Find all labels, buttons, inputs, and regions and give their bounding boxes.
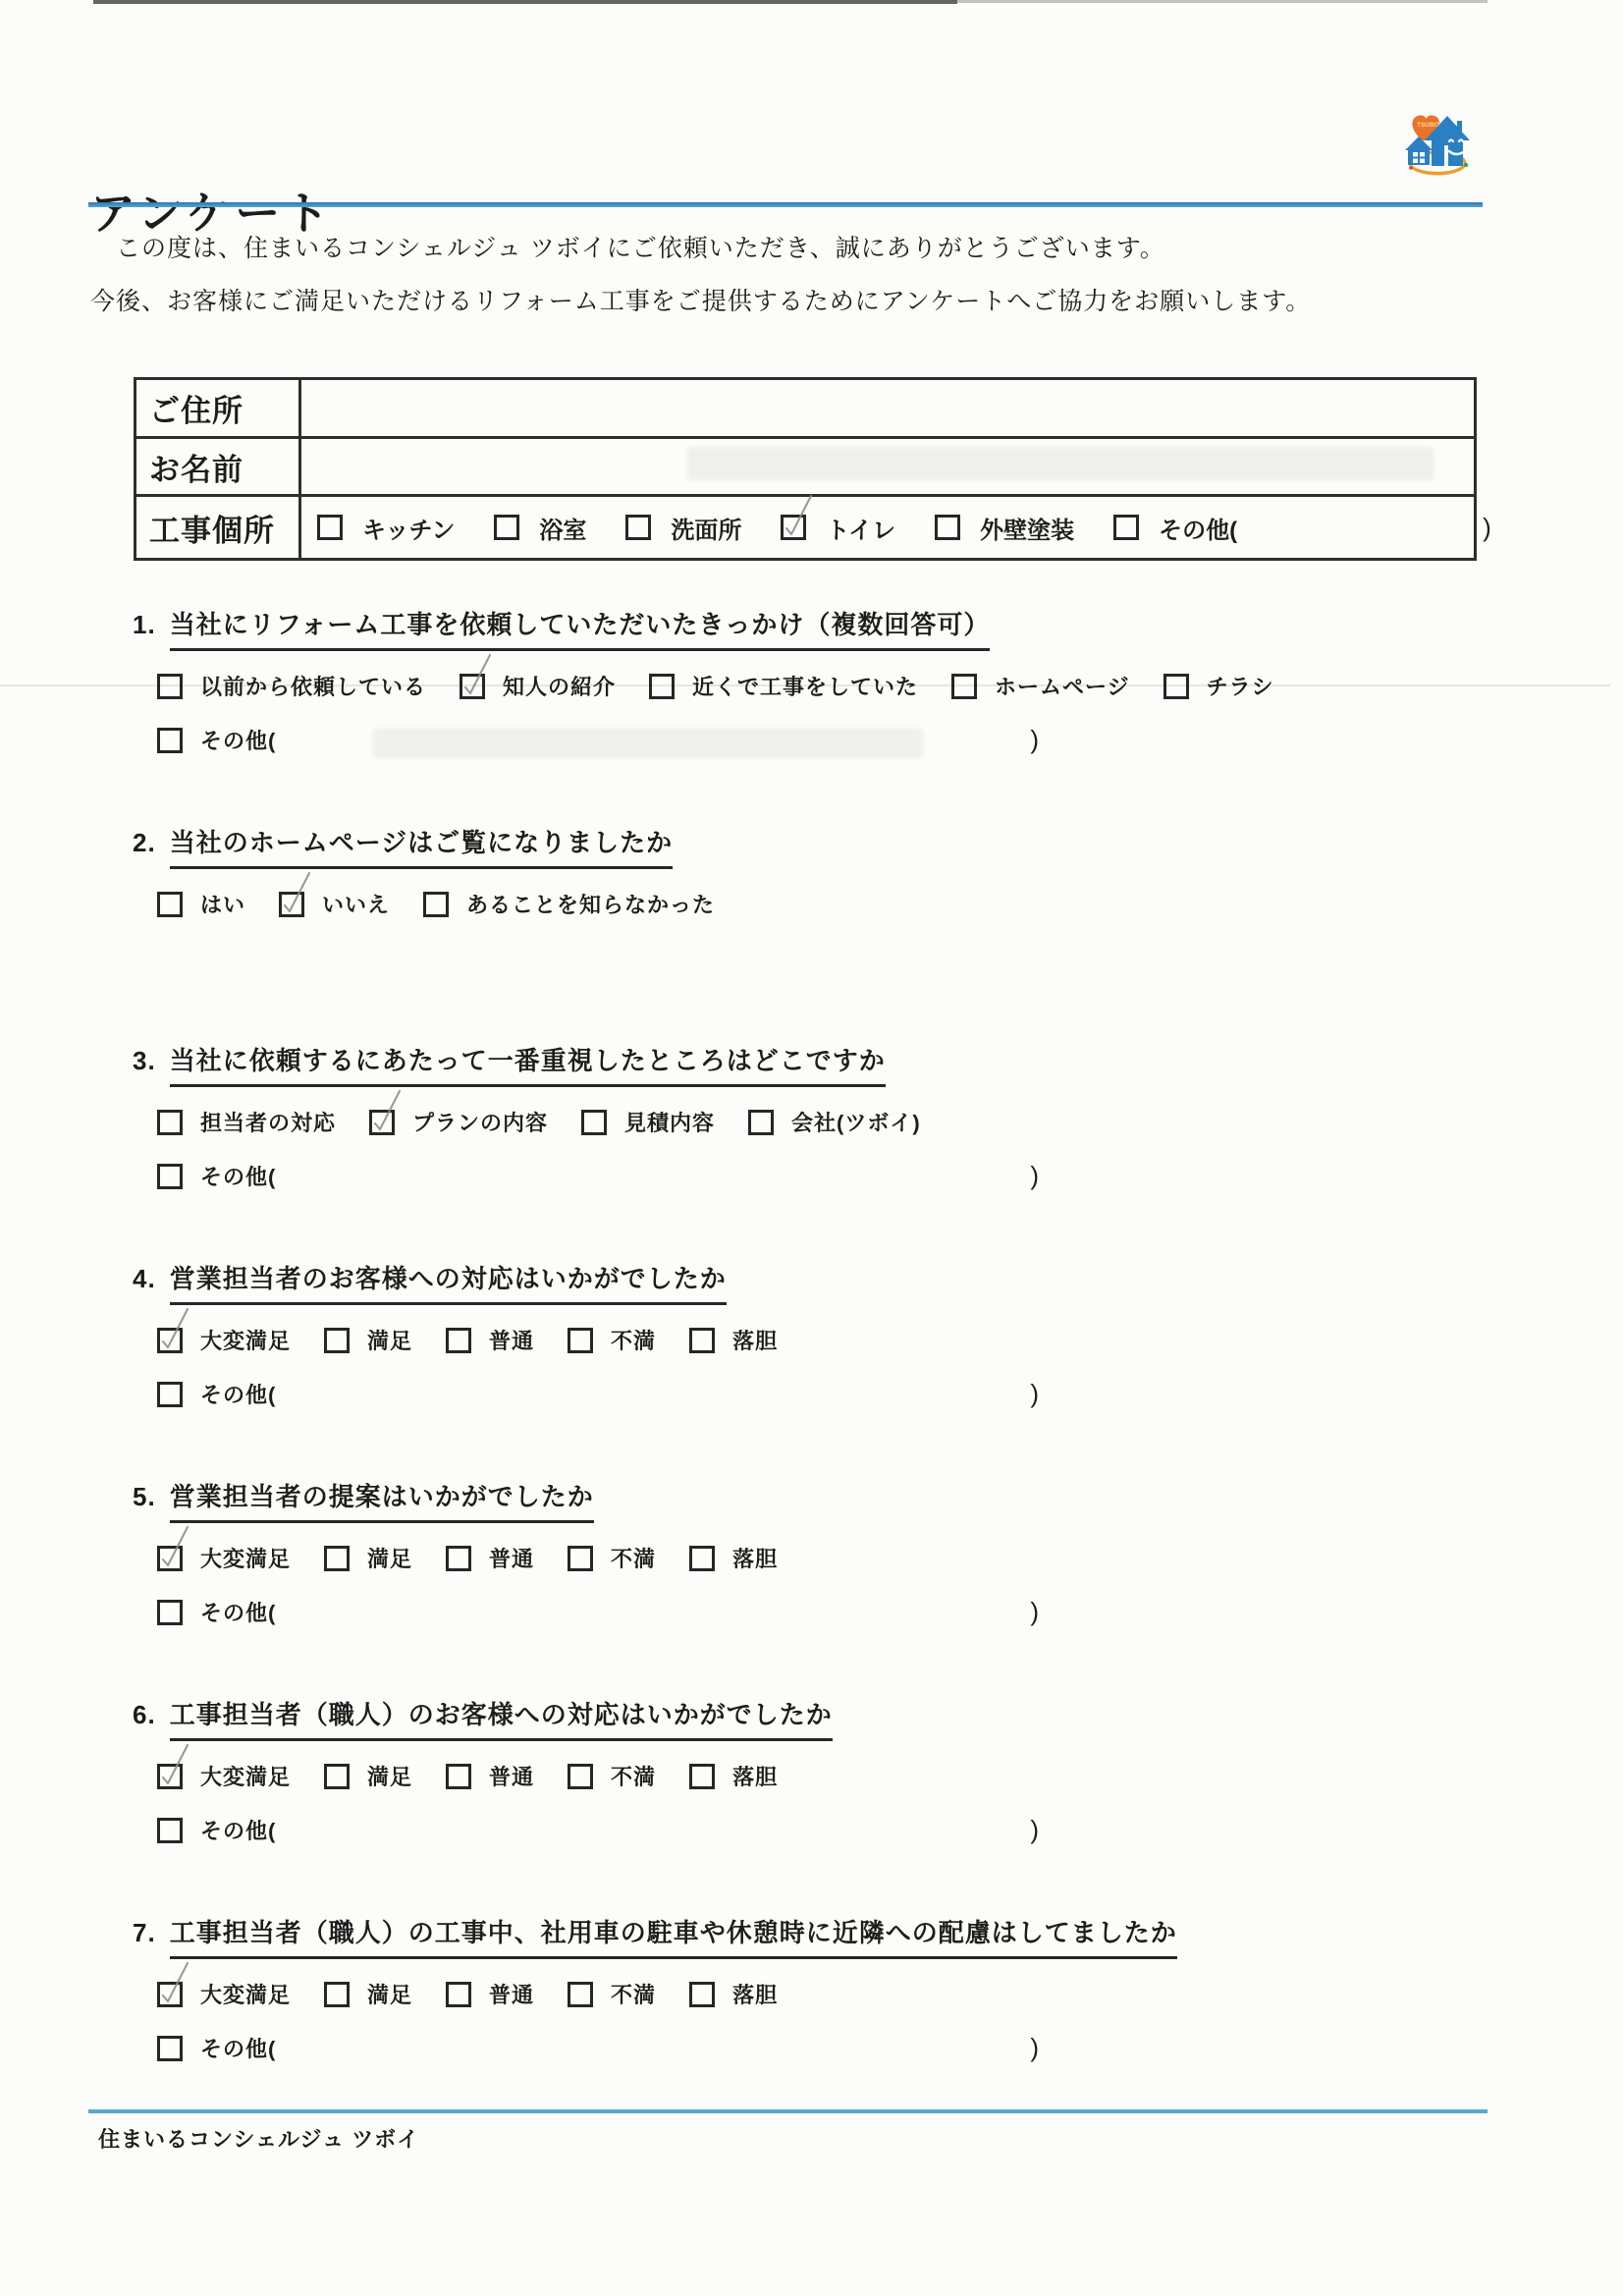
checkbox-label: いいえ [322,889,390,919]
question-number: 2. [133,828,156,858]
checkbox-option[interactable]: 会社(ツボイ) [748,1107,921,1137]
checkbox-unchecked[interactable] [423,892,449,917]
question-options: 担当者の対応プランの内容見積内容会社(ツボイ) [157,1107,1623,1137]
checkbox-unchecked[interactable] [157,728,183,753]
checkbox-label: 普通 [489,1543,534,1573]
checkbox-option[interactable]: その他( [1113,511,1237,545]
question-title-row: 2. 当社のホームページはご覧になりましたか [133,823,1623,869]
checkbox-unchecked[interactable] [935,515,960,540]
question-title: 当社にリフォーム工事を依頼していただいたきっかけ（複数回答可） [170,605,991,651]
checkbox-label: 不満 [611,1543,656,1573]
checkbox-option[interactable]: 大変満足 [157,1543,291,1573]
paren-close: ) [1030,725,1040,755]
checkbox-label: 満足 [367,1979,412,2009]
checkbox-unchecked[interactable] [446,1764,471,1789]
checkbox-unchecked[interactable] [157,1164,183,1189]
name-label: お名前 [136,439,301,494]
checkbox-option[interactable]: 普通 [446,1979,534,2009]
intro-line-1: この度は、住まいるコンシェルジュ ツボイにご依頼いただき、誠にありがとうございま… [116,229,1165,264]
question-title-row: 1. 当社にリフォーム工事を依頼していただいたきっかけ（複数回答可） [133,605,1623,651]
checkbox-option[interactable]: はい [157,889,245,919]
work-location-label: 工事個所 [136,497,301,558]
scan-artifact [957,0,1488,3]
checkbox-option[interactable]: 落胆 [689,1979,778,2009]
checkbox-option[interactable]: 満足 [324,1979,412,2009]
question-title: 営業担当者のお客様への対応はいかがでしたか [170,1259,727,1305]
question-title: 工事担当者（職人）の工事中、社用車の駐車や休憩時に近隣への配慮はしてましたか [170,1913,1177,1959]
address-field[interactable] [301,380,1474,436]
checkbox-unchecked[interactable] [317,515,343,540]
checkbox-unchecked[interactable] [157,1110,183,1135]
checkbox-checked[interactable] [157,1764,183,1789]
question-title-row: 4. 営業担当者のお客様への対応はいかがでしたか [133,1259,1623,1305]
question-title: 営業担当者の提案はいかがでしたか [170,1477,594,1523]
checkbox-label: 不満 [611,1761,656,1791]
checkbox-checked[interactable] [279,892,304,917]
checkbox-unchecked[interactable] [568,1546,593,1571]
question-title-row: 7. 工事担当者（職人）の工事中、社用車の駐車や休憩時に近隣への配慮はしてました… [133,1913,1623,1959]
checkbox-unchecked[interactable] [748,1110,774,1135]
question-block: 6. 工事担当者（職人）のお客様への対応はいかがでしたか 大変満足満足普通不満落… [0,1695,1623,1913]
checkbox-label: あることを知らなかった [466,889,715,919]
question-block: 1. 当社にリフォーム工事を依頼していただいたきっかけ（複数回答可） 以前から依… [0,605,1623,823]
checkbox-label: その他( [200,1597,276,1627]
checkbox-option[interactable]: 満足 [324,1543,412,1573]
footer-rule [88,2109,1488,2113]
checkbox-label: トイレ [826,511,895,545]
question-other-row: その他() [157,1379,1623,1409]
checkbox-label: 大変満足 [200,1543,291,1573]
checkbox-label: 落胆 [732,1325,778,1355]
checkbox-label: 不満 [611,1979,656,2009]
work-location-options: キッチン浴室洗面所トイレ外壁塗装その他() [301,497,1491,558]
checkbox-unchecked[interactable] [446,1328,471,1353]
checkbox-option[interactable]: 落胆 [689,1325,778,1355]
question-options: 大変満足満足普通不満落胆 [157,1979,1623,2009]
checkbox-option[interactable]: 普通 [446,1761,534,1791]
checkbox-unchecked[interactable] [581,1110,607,1135]
survey-page: アンケート TSUBOI この度は、住まいるコンシェルジュ ツボイにご依頼いただ… [0,0,1623,2296]
checkbox-label: 不満 [611,1325,656,1355]
checkbox-label: 満足 [367,1325,412,1355]
company-logo: TSUBOI [1400,106,1475,185]
pencil-check-icon [156,1522,193,1571]
checkbox-unchecked[interactable] [157,1600,183,1625]
checkbox-label: 大変満足 [200,1761,291,1791]
checkbox-label: その他( [200,1379,276,1409]
pencil-check-icon [278,868,315,917]
scan-artifact [373,729,923,758]
checkbox-label: 大変満足 [200,1325,291,1355]
checkbox-label: その他( [200,2033,276,2063]
checkbox-label: 落胆 [732,1979,778,2009]
checkbox-option[interactable]: 不満 [568,1543,656,1573]
scan-artifact [687,447,1434,480]
paren-close: ) [1030,1161,1040,1191]
checkbox-option[interactable]: 大変満足 [157,1325,291,1355]
checkbox-unchecked[interactable] [494,515,519,540]
checkbox-unchecked[interactable] [324,1546,350,1571]
checkbox-label: キッチン [362,511,455,545]
checkbox-option[interactable]: その他( [157,1161,276,1191]
question-number: 7. [133,1918,156,1948]
checkbox-label: プランの内容 [412,1107,548,1137]
checkbox-label: 落胆 [732,1543,778,1573]
checkbox-label: 大変満足 [200,1979,291,2009]
checkbox-option[interactable]: トイレ [781,511,895,545]
question-block: 5. 営業担当者の提案はいかがでしたか 大変満足満足普通不満落胆 その他() [0,1477,1623,1695]
checkbox-unchecked[interactable] [157,892,183,917]
question-block: 4. 営業担当者のお客様への対応はいかがでしたか 大変満足満足普通不満落胆 その… [0,1259,1623,1477]
checkbox-option[interactable]: 担当者の対応 [157,1107,336,1137]
checkbox-option[interactable]: 満足 [324,1761,412,1791]
checkbox-unchecked[interactable] [446,1546,471,1571]
scan-artifact [93,0,957,4]
checkbox-label: 普通 [489,1979,534,2009]
checkbox-option[interactable]: 不満 [568,1979,656,2009]
table-row-work-location: 工事個所 キッチン浴室洗面所トイレ外壁塗装その他() [136,494,1474,558]
checkbox-option[interactable]: プランの内容 [369,1107,548,1137]
checkbox-option[interactable]: 普通 [446,1543,534,1573]
checkbox-option[interactable]: いいえ [279,889,390,919]
checkbox-unchecked[interactable] [689,1546,715,1571]
checkbox-unchecked[interactable] [157,1382,183,1407]
question-block: 3. 当社に依頼するにあたって一番重視したところはどこですか 担当者の対応プラン… [0,1041,1623,1259]
checkbox-unchecked[interactable] [568,1982,593,2007]
pencil-check-icon [156,1740,193,1789]
footer-company-name: 住まいるコンシェルジュ ツボイ [98,2123,419,2154]
checkbox-label: その他( [200,725,276,755]
checkbox-option[interactable]: 洗面所 [625,511,741,545]
checkbox-label: 普通 [489,1761,534,1791]
checkbox-unchecked[interactable] [324,1328,350,1353]
checkbox-option[interactable]: その他( [157,2033,276,2063]
checkbox-option[interactable]: 落胆 [689,1543,778,1573]
question-options: 大変満足満足普通不満落胆 [157,1325,1623,1355]
question-number: 1. [133,610,156,640]
checkbox-label: 普通 [489,1325,534,1355]
question-block: 7. 工事担当者（職人）の工事中、社用車の駐車や休憩時に近隣への配慮はしてました… [0,1913,1623,2131]
intro-line-2: 今後、お客様にご満足いただけるリフォーム工事をご提供するためにアンケートへご協力… [90,282,1311,317]
checkbox-checked[interactable] [781,515,806,540]
question-options: 大変満足満足普通不満落胆 [157,1761,1623,1791]
checkbox-label: 会社(ツボイ) [791,1107,921,1137]
paren-close: ) [1030,1597,1040,1627]
checkbox-option[interactable]: 大変満足 [157,1761,291,1791]
checkbox-option[interactable]: 不満 [568,1761,656,1791]
checkbox-option[interactable]: その他( [157,725,276,755]
checkbox-unchecked[interactable] [1113,515,1139,540]
checkbox-option[interactable]: あることを知らなかった [423,889,715,919]
question-block: 2. 当社のホームページはご覧になりましたか はいいいえあることを知らなかった [0,823,1623,1041]
question-number: 6. [133,1700,156,1730]
question-title: 工事担当者（職人）のお客様への対応はいかがでしたか [170,1695,833,1741]
logo-small-house [1405,137,1433,165]
question-number: 4. [133,1264,156,1294]
pencil-check-icon [156,1304,193,1353]
checkbox-label: 担当者の対応 [200,1107,336,1137]
checkbox-label: 満足 [367,1543,412,1573]
checkbox-option[interactable]: 不満 [568,1325,656,1355]
checkbox-option[interactable]: 普通 [446,1325,534,1355]
checkbox-unchecked[interactable] [625,515,651,540]
checkbox-unchecked[interactable] [324,1982,350,2007]
table-row-address: ご住所 [136,380,1474,436]
scan-artifact [0,684,1610,686]
question-title: 当社に依頼するにあたって一番重視したところはどこですか [170,1041,886,1087]
pencil-check-icon [368,1086,406,1135]
question-title: 当社のホームページはご覧になりましたか [170,823,673,869]
question-number: 3. [133,1046,156,1076]
checkbox-label: その他( [200,1161,276,1191]
checkbox-option[interactable]: 浴室 [494,511,586,545]
question-other-row: その他() [157,1161,1623,1191]
checkbox-option[interactable]: 見積内容 [581,1107,715,1137]
checkbox-label: 満足 [367,1761,412,1791]
question-options: はいいいえあることを知らなかった [157,889,1623,919]
pencil-check-icon [156,1958,193,2007]
pencil-check-icon [780,491,817,540]
paren-close: ) [1030,1379,1040,1409]
checkbox-unchecked[interactable] [689,1764,715,1789]
paren-close: ) [1030,2033,1040,2063]
checkbox-unchecked[interactable] [689,1328,715,1353]
checkbox-label: 外壁塗装 [980,511,1074,545]
question-number: 5. [133,1482,156,1512]
checkbox-label: 浴室 [539,511,586,545]
checkbox-checked[interactable] [157,1328,183,1353]
paren-close: ) [1483,513,1491,543]
address-label: ご住所 [136,380,301,436]
checkbox-unchecked[interactable] [568,1328,593,1353]
checkbox-label: その他( [1159,511,1237,545]
question-other-row: その他() [157,1815,1623,1845]
question-title-row: 6. 工事担当者（職人）のお客様への対応はいかがでしたか [133,1695,1623,1741]
checkbox-option[interactable]: キッチン [317,511,455,545]
checkbox-unchecked[interactable] [157,1818,183,1843]
checkbox-option[interactable]: 大変満足 [157,1979,291,2009]
question-options: 大変満足満足普通不満落胆 [157,1543,1623,1573]
checkbox-checked[interactable] [157,1982,183,2007]
paren-close: ) [1030,1815,1040,1845]
checkbox-unchecked[interactable] [324,1764,350,1789]
checkbox-unchecked[interactable] [689,1982,715,2007]
checkbox-option[interactable]: その他( [157,1597,276,1627]
checkbox-unchecked[interactable] [446,1982,471,2007]
checkbox-unchecked[interactable] [568,1764,593,1789]
question-list: 1. 当社にリフォーム工事を依頼していただいたきっかけ（複数回答可） 以前から依… [0,605,1623,2131]
checkbox-label: 洗面所 [671,511,741,545]
checkbox-unchecked[interactable] [157,2036,183,2061]
checkbox-option[interactable]: その他( [157,1379,276,1409]
checkbox-option[interactable]: 外壁塗装 [935,511,1074,545]
question-title-row: 5. 営業担当者の提案はいかがでしたか [133,1477,1623,1523]
title-underline [88,202,1483,207]
checkbox-option[interactable]: その他( [157,1815,276,1845]
question-other-row: その他() [157,1597,1623,1627]
pencil-check-icon [459,650,496,699]
question-title-row: 3. 当社に依頼するにあたって一番重視したところはどこですか [133,1041,1623,1087]
checkbox-label: 見積内容 [624,1107,715,1137]
checkbox-option[interactable]: 落胆 [689,1761,778,1791]
checkbox-label: はい [200,889,245,919]
checkbox-label: その他( [200,1815,276,1845]
checkbox-option[interactable]: 満足 [324,1325,412,1355]
checkbox-checked[interactable] [369,1110,395,1135]
checkbox-label: 落胆 [732,1761,778,1791]
question-other-row: その他() [157,2033,1623,2063]
checkbox-checked[interactable] [157,1546,183,1571]
